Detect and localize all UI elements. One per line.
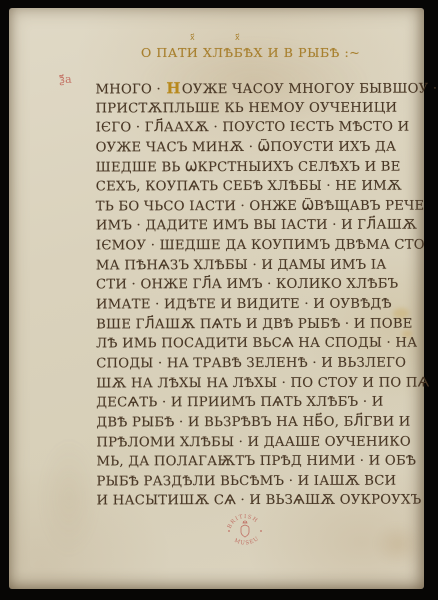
text-line: МА ПѢНѦЗЪ ХЛѢБЫ · И ДАМЫ ИМЪ ІА [96,255,401,275]
manuscript-photo: { "manuscript": { "heading": "О ПАТИ ХЛѢ… [0,0,438,600]
text-line: ДЕСѦТЬ · И ПРИИМЪ ПѦТЬ ХЛѢБЪ · И [96,393,401,413]
text-line: ИМЪ · ДАДИТЕ ИМЪ ВЫ ІАСТИ · И ГЛ҃АШѪ [96,216,401,236]
text-line: ТЬ БО ЧЬСО ІАСТИ · ОНЖЕ ѾВѢЩАВЪ РЕЧЕ [96,196,401,216]
text-line: ІЄГО · ГЛ҃ААХѪ · ПОУСТО ІЄСТЬ МѢСТО И [96,118,401,138]
text-line: ДВѢ РЫБѢ · И ВЬЗРѢВЪ НА НБ҃О, БЛ҃ГВИ И [96,412,401,432]
text-line: ВШЕ ГЛ҃АШѪ ПѦТЬ И ДВѢ РЫБѢ · И ПОВЕ [96,314,401,334]
opening-rest: ОУЖЕ ЧАСОУ МНОГОУ БЫВШОУ · [182,82,438,98]
text-line: ЛѢ ИМЬ ПОСАДИТИ ВЬСѦ НА СПОДЫ · НА [96,334,401,354]
marginal-zachalo-mark: ѯ҃а [59,74,72,86]
british-museum-stamp: BRITISH MUSEUM [222,508,268,554]
text-line: СЕХЪ, КОУПѦТЬ СЕБѢ ХЛѢБЫ · НЕ ИМѪ [96,177,401,197]
text-line: СТИ · ОНЖЕ ГЛ҃А ИМЪ · КОЛИКО ХЛѢБЪ [96,275,401,295]
text-block: МНОГО · НОУЖЕ ЧАСОУ МНОГОУ БЫВШОУ · ПРИС… [95,79,401,512]
text-line: МЬ, ДА ПОЛАГАѬТЪ ПРѢД НИМИ · И ОБѢ [96,452,401,472]
text-line: ПРѢЛОМИ ХЛѢБЫ · И ДААШЕ ОУЧЕНИКО [96,432,401,452]
text-line: ІЄМОУ · ШЕДШЕ ДА КОУПИМЪ ДВѢМА СТО [96,236,401,256]
heading-superscript: х҃ [235,34,240,42]
stamp-crest-icon [241,520,249,537]
text-line: ШѪ НА ЛѢХЫ НА ЛѢХЫ · ПО СТОУ И ПО ПѦ [96,373,401,393]
edge-stain [39,438,99,558]
text-line: ОУЖЕ ЧАСЪ МИНѪ · ѾПОУСТИ ИХЪ ДА [96,138,401,158]
corner-stain [374,523,422,565]
stamp-text-top: BRITISH [227,514,259,530]
heading-superscript: х҃ [190,34,195,42]
text-line: ШЕДШЕ ВЬ ѠКРСТНЫИХЪ СЕЛѢХЪ И ВЕ [96,157,401,177]
rubric-heading: О ПАТИ ХЛѢБѢХ И В РЫБѢ :~ [141,45,316,60]
text-line: СПОДЫ · НА ТРАВѢ ЗЕЛЕНѢ · И ВЬЗЛЕГО [96,354,401,374]
gold-initial: Н [165,79,181,97]
parchment-page: х҃ х҃ О ПАТИ ХЛѢБѢХ И В РЫБѢ :~ ѯ҃а МНОГ… [9,8,424,589]
opening-prefix: МНОГО · [95,82,165,97]
text-line: ИМАТЕ · ИДѢТЕ И ВИДИТЕ · И ОУВѢДѢ [96,295,401,315]
text-line-opening: МНОГО · НОУЖЕ ЧАСОУ МНОГОУ БЫВШОУ · [95,79,400,99]
text-line: ПРИСТѪПЛЬШЕ КЬ НЕМОУ ОУЧЕНИЦИ [95,98,400,118]
text-line: РЫБѢ РАЗДѢЛИ ВЬСѢМЪ · И ІАШѪ ВСИ [96,471,401,491]
